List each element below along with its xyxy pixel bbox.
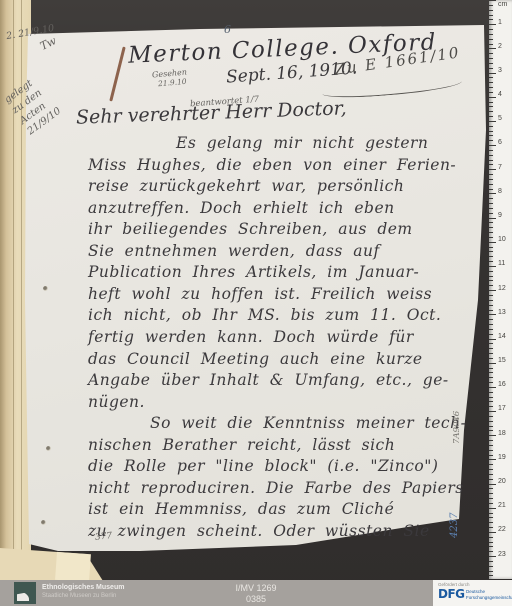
ruler-tick [489,561,493,562]
ruler-tick [489,276,493,277]
ruler-tick [489,169,496,170]
ruler-tick [489,382,493,383]
ruler-tick [489,406,493,407]
letter-body-line: anzutreffen. Doch erhielt ich eben [88,199,395,217]
dfg-logo: Gefördert durch DFG Deutsche Forschungsg… [433,580,512,606]
letter-body-line: So weit die Kenntniss meiner tech- [150,414,466,432]
ruler-tick [489,343,493,344]
ruler-tick [489,450,493,451]
margin-number-upper: 7A9046 [452,384,462,444]
letter-body-line: fertig werden kann. Doch würde für [88,328,414,346]
ruler-number-label: 12 [498,285,506,292]
ruler-tick [489,542,493,543]
ruler-tick [489,392,493,393]
ruler-tick [489,372,493,373]
ruler-tick [489,150,493,151]
ruler-tick [489,92,493,93]
ruler-number-label: 17 [498,405,506,412]
ruler-tick [489,479,493,480]
letter-body-line: Es gelang mir nicht gestern [176,134,428,152]
letter-body-line: nügen. [88,393,145,411]
ruler-tick [489,503,493,504]
ruler-tick [489,464,493,465]
ruler-tick [489,34,493,35]
ruler-tick [489,242,496,243]
ruler-tick [489,198,493,199]
ruler-tick [489,15,493,16]
ruler-tick [489,145,496,146]
ruler-number-label: 3 [498,67,502,74]
dfg-name: Deutsche Forschungsgemeinschaft [466,589,512,600]
ruler-tick [489,295,493,296]
ruler-tick [489,401,493,402]
ruler-tick [489,522,493,523]
ruler-tick [489,135,493,136]
ruler-tick [489,411,496,412]
ruler-tick [489,266,496,267]
pin-hole [41,520,46,525]
letter-body-line: Angabe über Inhalt & Umfang, etc., ge- [88,371,449,389]
ruler-number-label: 2 [498,43,502,50]
ruler-tick [489,324,493,325]
letter-body-line: ihr beiliegendes Schreiben, aus dem [88,220,413,238]
ruler-number-label: 1 [498,19,502,26]
ruler-tick [489,537,493,538]
letter-body-line: zu zwingen scheint. Oder wüssten Sie [88,522,430,540]
ruler-tick [489,575,493,576]
ruler-tick [489,305,493,306]
page-number-note: 377 [95,531,113,543]
ruler-tick [489,247,493,248]
ruler-unit-label: cm [498,1,507,8]
ruler-tick [489,348,493,349]
letterhead-superscript: 6 [224,23,231,36]
ruler-number-label: 15 [498,357,506,364]
ruler-number-label: 23 [498,551,506,558]
ruler-tick [489,261,493,262]
ruler-tick [489,271,493,272]
ruler-tick [489,29,493,30]
footer-bar: Ethnologisches Museum Staatliche Museen … [0,580,512,606]
ruler-tick [489,87,493,88]
ruler-tick [489,140,493,141]
ruler-tick [489,155,493,156]
ruler-tick [489,0,496,1]
ruler-tick [489,280,493,281]
ruler-tick [489,174,493,175]
ruler-tick [489,203,493,204]
ruler: cm1234567891011121314151617181920212223 [489,0,512,579]
ruler-tick [489,556,496,557]
ruler-tick [489,285,493,286]
ruler-tick [489,310,493,311]
ruler-tick [489,314,496,315]
ruler-tick [489,397,493,398]
ruler-tick [489,179,493,180]
ruler-tick [489,566,493,567]
ruler-tick [489,319,493,320]
ruler-tick [489,363,496,364]
ruler-tick [489,106,493,107]
ruler-tick [489,63,493,64]
folded-sheet-corner-inner [55,552,91,582]
ruler-tick [489,227,493,228]
ruler-tick [489,290,496,291]
ruler-tick [489,213,493,214]
ruler-tick [489,469,493,470]
ruler-tick [489,48,496,49]
ruler-number-label: 13 [498,309,506,316]
ruler-tick [489,493,493,494]
ruler-tick [489,184,493,185]
ruler-tick [489,416,493,417]
ruler-tick [489,488,493,489]
ruler-tick [489,111,493,112]
ruler-tick [489,222,493,223]
ruler-tick [489,44,493,45]
ruler-tick [489,387,496,388]
letter-body-line: Miss Hughes, die eben von einer Ferien- [88,156,456,174]
ruler-tick [489,300,493,301]
letter-body-line: ist ein Hemmniss, das zum Cliché [88,500,394,518]
margin-number-lower: 4237 [449,496,460,538]
ruler-tick [489,256,493,257]
dfg-acronym: DFG [438,587,465,601]
ruler-tick [489,10,493,11]
ruler-number-label: 21 [498,502,506,509]
ruler-tick [489,358,493,359]
ruler-tick [489,73,496,74]
ruler-number-label: 22 [498,526,506,533]
ruler-tick [489,53,493,54]
ruler-number-label: 10 [498,236,506,243]
ruler-tick [489,329,493,330]
ruler-tick [489,68,493,69]
ruler-number-label: 5 [498,115,502,122]
ruler-tick [489,421,493,422]
ruler-tick [489,126,493,127]
ruler-tick [489,368,493,369]
pin-hole [43,286,48,291]
letter-body-line: das Council Meeting auch eine kurze [88,350,423,368]
ruler-tick [489,39,493,40]
ruler-number-label: 20 [498,478,506,485]
ruler-number-label: 14 [498,333,506,340]
ruler-number-label: 8 [498,188,502,195]
ruler-tick [489,353,493,354]
letter-body-line: nicht reproduciren. Die Farbe des Papier… [88,479,464,497]
letter-body-line: ich nicht, ob Ihr MS. bis zum 11. Oct. [88,306,441,324]
letter-body-line: Publication Ihres Artikels, im Januar- [88,263,419,281]
letter-body-line: die Rolle per "line block" (i.e. "Zinco"… [88,457,438,475]
ruler-number-label: 18 [498,430,506,437]
ruler-tick [489,116,493,117]
ruler-number-label: 7 [498,164,502,171]
ruler-tick [489,24,496,25]
ruler-number-label: 11 [498,260,505,267]
ruler-tick [489,517,493,518]
ruler-tick [489,189,493,190]
ruler-tick [489,551,493,552]
ruler-tick [489,218,496,219]
ruler-tick [489,498,493,499]
ruler-tick [489,474,493,475]
ruler-tick [489,459,496,460]
ruler-tick [489,193,496,194]
ruler-tick [489,131,493,132]
ruler-tick [489,440,493,441]
ruler-tick [489,164,493,165]
ruler-tick [489,484,496,485]
ruler-tick [489,445,493,446]
ruler-tick [489,527,493,528]
ruler-tick [489,232,493,233]
ruler-number-label: 9 [498,212,502,219]
ruler-tick [489,160,493,161]
ruler-tick [489,251,493,252]
letter-body-line: heft wohl zu hoffen ist. Freilich weiss [88,285,432,303]
ruler-tick [489,5,493,6]
ruler-tick [489,339,496,340]
ruler-tick [489,508,496,509]
ruler-tick [489,334,493,335]
ruler-tick [489,19,493,20]
ruler-tick [489,571,493,572]
ruler-tick [489,58,493,59]
ruler-tick [489,97,496,98]
ruler-tick [489,435,496,436]
ruler-tick [489,430,493,431]
ruler-tick [489,532,496,533]
scan-stage: Merton College. Oxford 6 Gesehen 21.9.10… [0,0,512,606]
ruler-number-label: 4 [498,91,502,98]
letter-body-line: reise zurückgekehrt war, persönlich [88,177,404,195]
ruler-number-label: 19 [498,454,506,461]
ruler-tick [489,77,493,78]
ruler-tick [489,377,493,378]
ruler-tick [489,455,493,456]
ruler-tick [489,546,493,547]
letter-body-line: nischen Berather reicht, lässt sich [88,436,395,454]
ruler-tick [489,208,493,209]
ruler-tick [489,237,493,238]
ruler-number-label: 6 [498,139,502,146]
letter-body-line: Sie entnehmen werden, dass auf [88,242,380,260]
ruler-number-label: 16 [498,381,506,388]
ruler-tick [489,82,493,83]
ruler-tick [489,513,493,514]
dfg-name-line2: Forschungsgemeinschaft [466,595,512,601]
ruler-tick [489,121,496,122]
ruler-tick [489,102,493,103]
pin-hole [46,446,51,451]
ruler-tick [489,426,493,427]
